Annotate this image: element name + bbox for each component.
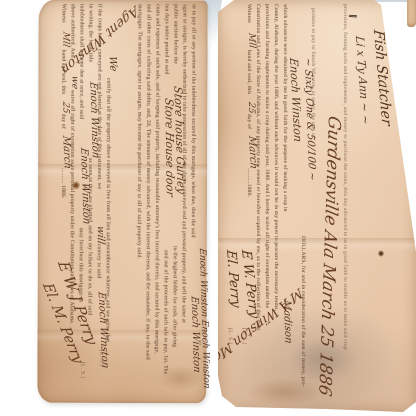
printed-text: .......... 1886. bbox=[60, 168, 66, 199]
ink-mark: ‖ bbox=[349, 14, 358, 19]
printed-text: or to pay all or any portion of the inde… bbox=[190, 4, 197, 237]
printed-text: day of bbox=[246, 114, 252, 129]
printed-text: ten days notice posted at said bbox=[163, 4, 170, 74]
printed-text: public auction before the bbox=[172, 4, 179, 64]
printed-text: above authorized. And bbox=[69, 4, 76, 58]
printed-text: day of bbox=[60, 114, 66, 129]
document-left-leaf: Enoch Winston Enoch Winstonor to pay all… bbox=[37, 0, 207, 403]
handwritten-text: Mll bbox=[246, 32, 257, 48]
handwritten-text: Store House door bbox=[162, 97, 176, 197]
photo-of-folded-mortgage-document: Enoch Winston Enoch Winstonor to pay all… bbox=[0, 0, 416, 416]
handwritten-text: March bbox=[60, 135, 73, 169]
printed-text: [L. S.] bbox=[98, 350, 104, 366]
printed-text: convey to said bbox=[95, 244, 101, 279]
printed-text: to the highest bidder for cash, after gi… bbox=[171, 246, 178, 347]
handwritten-text: Gurdensville Ala March 25 1886 bbox=[314, 114, 343, 398]
printed-text: mortgagor. The mortgagee, agent or assig… bbox=[135, 4, 142, 259]
printed-text: which advances were obtained by me in go… bbox=[282, 4, 288, 212]
handwritten-text: Li x Ty Ann ~ ~ bbox=[352, 35, 371, 125]
printed-text: ..........1886. bbox=[246, 168, 252, 197]
handwritten-text: We bbox=[106, 55, 119, 72]
printed-text: and out of the proceeds of such sale to … bbox=[162, 250, 169, 374]
handwritten-text: Mll bbox=[60, 31, 70, 48]
handwritten-text: Fish Statcher bbox=[370, 29, 395, 126]
left-page-text-layer: Enoch Winston Enoch Winstonor to pay all… bbox=[37, 0, 207, 403]
printed-text: indebtedness shall become due at once, a… bbox=[78, 4, 85, 119]
printed-text: [L. S.] bbox=[79, 362, 85, 378]
handwritten-text: March bbox=[245, 135, 258, 169]
handwritten-text: 25 bbox=[60, 101, 70, 114]
printed-text: costs and expenses of such sale, and of … bbox=[153, 4, 161, 354]
handwritten-text: Enoch Winston bbox=[87, 81, 101, 159]
printed-text: hand and seal, this bbox=[246, 50, 252, 94]
printed-text: in writing, the legal title bbox=[87, 4, 94, 62]
printed-text: hand and seal, this bbox=[60, 50, 66, 94]
printed-text: provisions, farming tools and implements… bbox=[342, 4, 348, 350]
handwritten-text: Enoch Winston bbox=[188, 295, 202, 373]
right-page-text-layer: Fish StatcherLi x Ty Ann ~ ~provisions, … bbox=[218, 0, 398, 412]
handwritten-text: 25 bbox=[246, 101, 256, 114]
handwritten-text: we bbox=[69, 75, 79, 90]
handwritten-text: Enoch Winston bbox=[286, 57, 303, 142]
paper-corner-sliver bbox=[407, 0, 416, 27]
printed-text: Witness bbox=[60, 4, 66, 23]
printed-text: Witness bbox=[246, 4, 252, 23]
ink-mark: ··· bbox=[80, 184, 87, 191]
printed-text: provisions and farming implements to mak… bbox=[264, 4, 270, 308]
handwritten-text: will bbox=[94, 225, 106, 245]
printed-text: DOLLARS, for and in consideration of the… bbox=[300, 236, 306, 387]
printed-text: County, Alabama, during the year 1886, a… bbox=[273, 4, 279, 311]
printed-text: and all other costs of collecting said d… bbox=[144, 4, 152, 360]
document-right-leaf: Fish StatcherLi x Ty Ann ~ ~provisions, … bbox=[218, 0, 416, 412]
